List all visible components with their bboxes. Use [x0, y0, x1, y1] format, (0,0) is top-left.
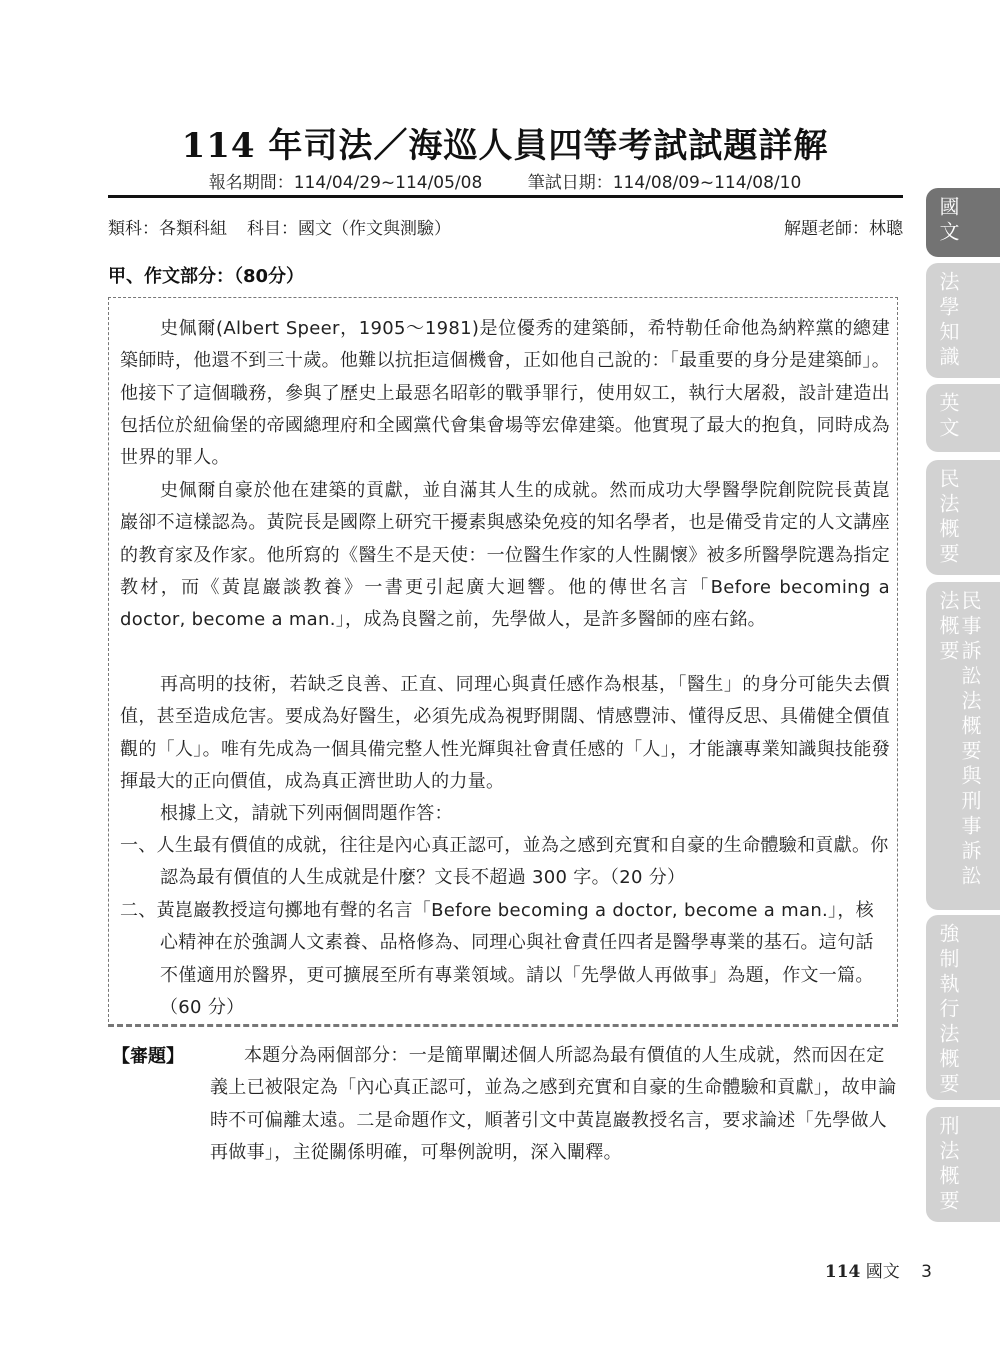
tab-label: 法學知識 — [937, 271, 959, 378]
teacher: 解題老師：林聰 — [784, 214, 903, 239]
tab-chinese[interactable]: 國文 — [926, 188, 1000, 257]
passage-paragraph-3: 再高明的技術，若缺乏良善、正直、同理心與責任感作為根基，「醫生」的身分可能失去價… — [120, 669, 890, 798]
page-title: 114 年司法／海巡人員四等考試試題詳解 — [0, 118, 1000, 167]
tab-label: 強制執行法概要 — [937, 923, 959, 1100]
tab-enforcement-law[interactable]: 強制執行法概要 — [926, 915, 1000, 1100]
question-2: 二、黃崑巖教授這句擲地有聲的名言「Before becoming a docto… — [120, 895, 890, 1024]
registration-period: 報名期間：114/04/29~114/05/08 — [209, 173, 483, 193]
page-number: 3 — [921, 1262, 932, 1282]
tab-label: 英文 — [937, 392, 959, 452]
tab-label: 民事訴訟法概要與刑事訴訟法概要 — [937, 590, 981, 910]
section-title: 甲、作文部分：（80分） — [108, 262, 304, 288]
review-label: 【審題】 — [112, 1042, 184, 1068]
exam-dates: 報名期間：114/04/29~114/05/08 筆試日期：114/08/09~… — [0, 168, 1000, 193]
tab-criminal-law[interactable]: 刑法概要 — [926, 1107, 1000, 1222]
tab-law-knowledge[interactable]: 法學知識 — [926, 263, 1000, 378]
tab-procedure-law[interactable]: 民事訴訟法概要與刑事訴訟法概要 — [926, 582, 1000, 910]
written-exam-dates: 筆試日期：114/08/09~114/08/10 — [528, 173, 802, 193]
tab-label: 國文 — [937, 196, 959, 257]
subject: 科目：國文（作文與測驗） — [247, 219, 451, 239]
passage-paragraph-1: 史佩爾(Albert Speer，1905～1981)是位優秀的建築師，希特勒任… — [120, 313, 890, 474]
footer-subject: 國文 — [866, 1262, 900, 1282]
tab-label: 刑法概要 — [937, 1115, 959, 1222]
category: 類科：各類科組 — [108, 219, 227, 239]
passage-paragraph-2: 史佩爾自豪於他在建築的貢獻，並自滿其人生的成就。然而成功大學醫學院創院院長黃崑巖… — [120, 475, 890, 636]
question-1: 一、人生最有價值的成就，往往是內心真正認可，並為之感到充實和自豪的生命體驗和貢獻… — [120, 830, 890, 895]
exam-meta: 類科：各類科組科目：國文（作文與測驗） — [108, 214, 451, 239]
review-text: 本題分為兩個部分：一是簡單闡述個人所認為最有價值的人生成就，然而因在定義上已被限… — [210, 1040, 902, 1169]
tab-civil-law[interactable]: 民法概要 — [926, 460, 1000, 575]
tab-english[interactable]: 英文 — [926, 384, 1000, 452]
passage-instruction: 根據上文，請就下列兩個問題作答： — [120, 798, 890, 830]
tab-label: 民法概要 — [937, 468, 959, 575]
page-footer: 114 國文 3 — [825, 1257, 932, 1282]
footer-year: 114 — [825, 1262, 861, 1282]
header-divider — [108, 195, 903, 198]
